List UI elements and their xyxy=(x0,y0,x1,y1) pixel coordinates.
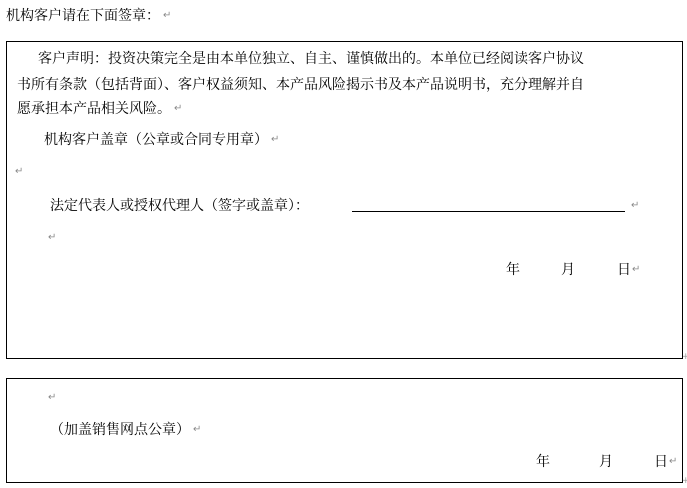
declaration-line-2: 书所有条款（包括背面）、客户权益须知、本产品风险揭示书及本产品说明书，充分理解并… xyxy=(17,76,584,94)
outlet-date-month: 月 xyxy=(599,453,613,471)
paragraph-mark-icon: ↵ xyxy=(174,103,182,114)
declaration-line-3: 愿承担本产品相关风险。↵ xyxy=(17,100,182,118)
outlet-date-day: 日↵ xyxy=(654,453,677,471)
page-heading: 机构客户请在下面签章：↵ xyxy=(6,7,171,25)
empty-paragraph: ↵ xyxy=(48,389,56,407)
paragraph-mark-icon: ↵ xyxy=(631,200,639,211)
table-end-marker-icon: + xyxy=(682,353,687,362)
signature-line-end: ↵ xyxy=(628,197,639,215)
paragraph-mark-icon: ↵ xyxy=(271,134,279,145)
signature-label: 法定代表人或授权代理人（签字或盖章）： xyxy=(50,197,309,215)
paragraph-mark-icon: ↵ xyxy=(669,456,677,467)
declaration-date-month: 月 xyxy=(561,261,575,279)
heading-text: 机构客户请在下面签章： xyxy=(6,8,160,24)
paragraph-mark-icon: ↵ xyxy=(15,166,23,177)
declaration-date-year: 年 xyxy=(506,261,520,279)
paragraph-mark-icon: ↵ xyxy=(163,10,171,21)
outlet-date-year: 年 xyxy=(536,453,550,471)
declaration-date-day: 日↵ xyxy=(617,261,640,279)
outlet-seal-label: （加盖销售网点公章）↵ xyxy=(50,421,201,439)
empty-paragraph: ↵ xyxy=(48,229,56,247)
paragraph-mark-icon: ↵ xyxy=(48,392,56,403)
signature-field[interactable] xyxy=(352,211,625,212)
paragraph-mark-icon: ↵ xyxy=(632,264,640,275)
empty-paragraph: ↵ xyxy=(15,163,23,181)
institution-seal-label: 机构客户盖章（公章或合同专用章）↵ xyxy=(44,131,279,149)
table-end-marker-icon: + xyxy=(682,477,687,486)
declaration-line-1: 客户声明：投资决策完全是由本单位独立、自主、谨慎做出的。本单位已经阅读客户协议 xyxy=(38,50,584,68)
paragraph-mark-icon: ↵ xyxy=(48,232,56,243)
paragraph-mark-icon: ↵ xyxy=(193,424,201,435)
